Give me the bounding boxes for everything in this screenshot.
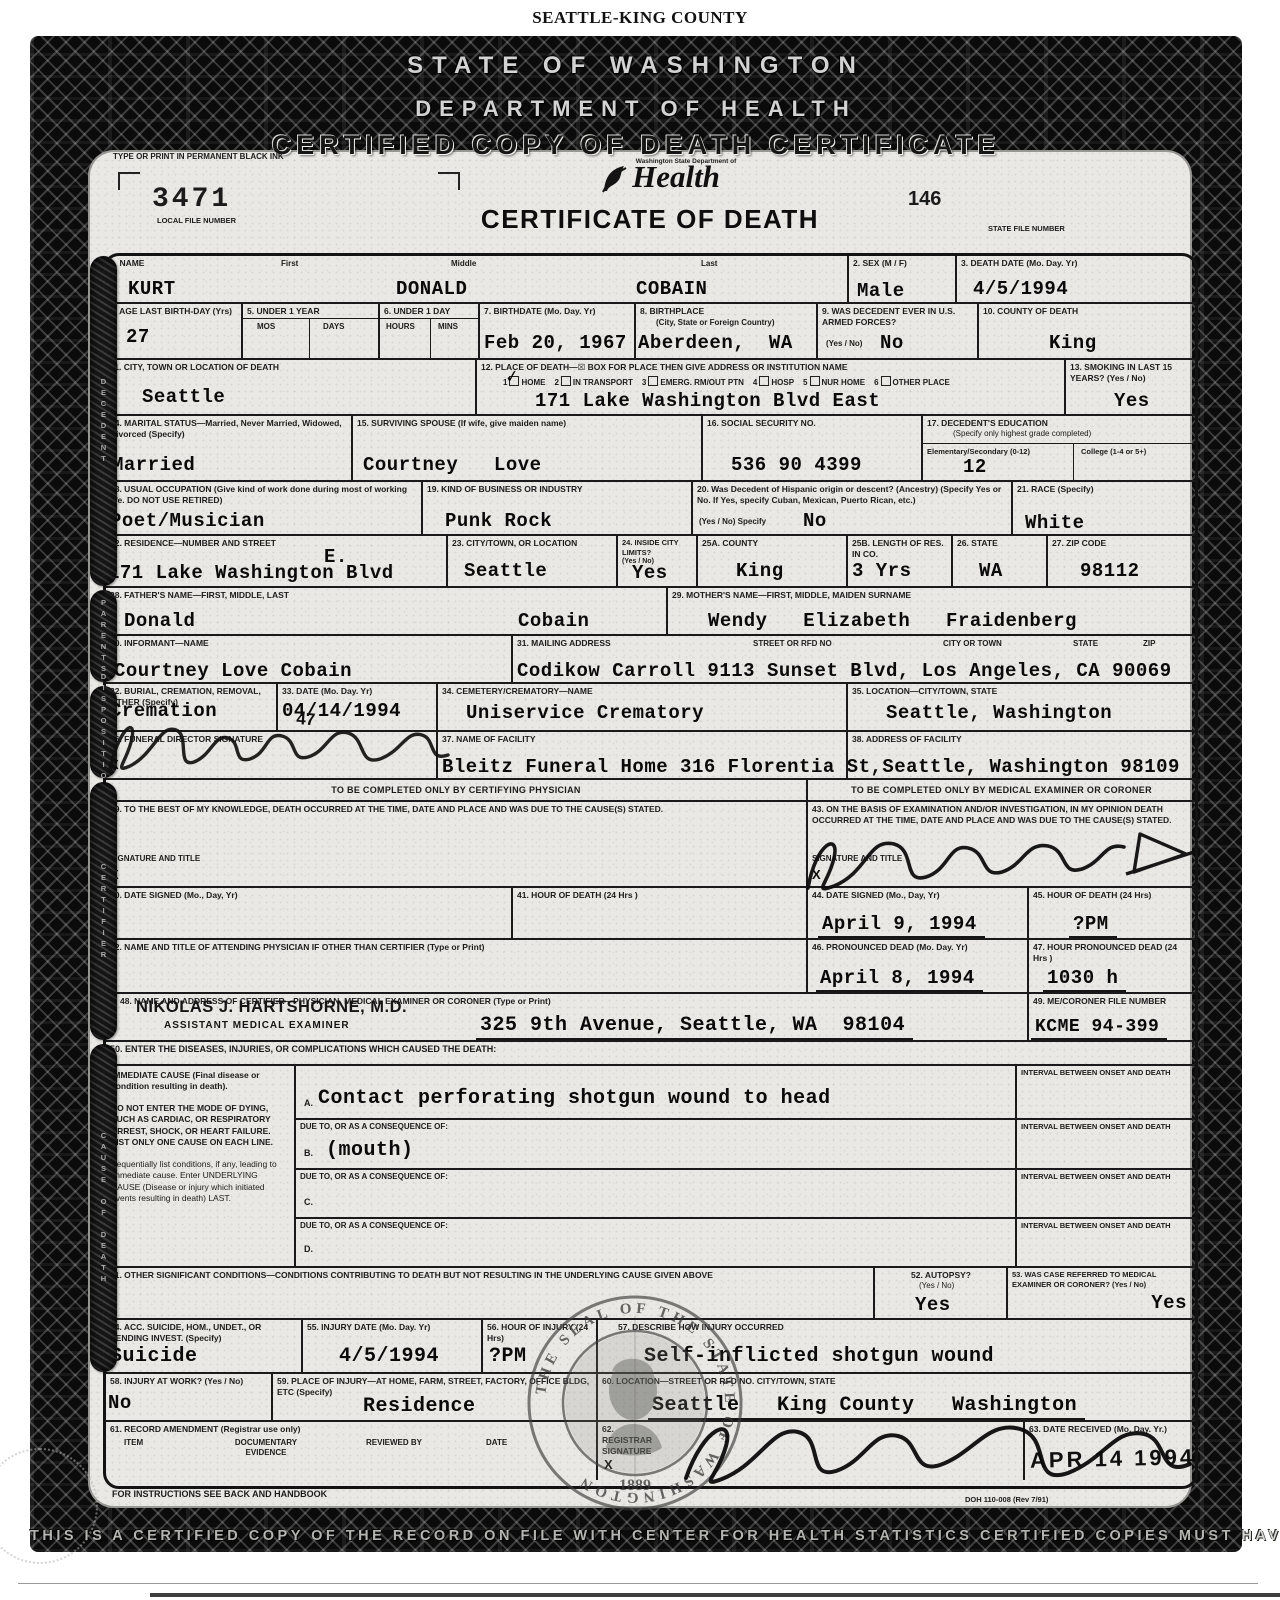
box-38-facility-address: 38. ADDRESS OF FACILITY xyxy=(846,732,1195,778)
box-50-cause-header: 50. ENTER THE DISEASES, INJURIES, OR COM… xyxy=(106,1042,1195,1064)
box-37-facility-name: 37. NAME OF FACILITY Bleitz Funeral Home… xyxy=(436,732,846,778)
box-51-other-conditions: 51. OTHER SIGNIFICANT CONDITIONS—CONDITI… xyxy=(106,1268,873,1318)
father-first-name: Donald xyxy=(124,610,195,632)
me-file-number-value: KCME 94-399 xyxy=(1031,1017,1167,1040)
option-other-place: 6OTHER PLACE xyxy=(874,376,950,387)
medical-examiner-header: TO BE COMPLETED ONLY BY MEDICAL EXAMINER… xyxy=(806,780,1195,800)
option-home: 1HOME✓ xyxy=(503,376,545,387)
surviving-spouse-value: Courtney Love xyxy=(363,454,542,476)
box-4-age: 4. AGE LAST BIRTH-DAY (Yrs) 27 xyxy=(106,304,241,358)
checkbox-hosp xyxy=(759,376,769,386)
box-40-date-signed: 40. DATE SIGNED (Mo., Day, Yr) xyxy=(106,888,511,938)
death-date-value: 4/5/1994 xyxy=(973,278,1068,300)
referred-to-me-value: Yes xyxy=(1151,1292,1187,1314)
residence-city-value: Seattle xyxy=(464,560,547,582)
box-19-industry: 19. KIND OF BUSINESS OR INDUSTRY Punk Ro… xyxy=(421,482,691,534)
box-31-mailing-address: 31. MAILING ADDRESS STREET OR RFD NO CIT… xyxy=(511,636,1195,682)
cause-b-value: (mouth) xyxy=(326,1139,414,1162)
certificate-title: CERTIFICATE OF DEATH xyxy=(420,204,880,235)
race-value: White xyxy=(1025,512,1085,534)
box-22-residence-street: 22. RESIDENCE—NUMBER AND STREET E. 171 L… xyxy=(106,536,446,586)
education-elementary-value: 12 xyxy=(963,456,987,478)
armed-forces-value: No xyxy=(880,332,904,354)
box-7-birthdate: 7. BIRTHDATE (Mo. Day. Yr) Feb 20, 1967 xyxy=(478,304,634,358)
county-header: SEATTLE-KING COUNTY xyxy=(0,8,1280,28)
corner-bracket-right xyxy=(438,172,460,190)
form-row-5: 18. USUAL OCCUPATION (Give kind of work … xyxy=(106,480,1195,534)
box-20-hispanic-origin: 20. Was Decedent of Hispanic origin or d… xyxy=(691,482,1011,534)
funeral-director-signature: 47 xyxy=(100,708,470,784)
form-row-15: 50. ENTER THE DISEASES, INJURIES, OR COM… xyxy=(106,1040,1195,1064)
checkbox-emerg xyxy=(648,376,658,386)
crematory-value: Uniservice Crematory xyxy=(466,702,704,724)
option-nur-home: 5NUR HOME xyxy=(803,376,865,387)
state-file-number: 146 xyxy=(908,188,941,211)
box-55-injury-date: 55. INJURY DATE (Mo. Day. Yr) 4/5/1994 xyxy=(301,1320,481,1372)
injury-date-value: 4/5/1994 xyxy=(339,1345,439,1368)
box-21-race: 21. RACE (Specify) White xyxy=(1011,482,1195,534)
birthdate-value: Feb 20, 1967 xyxy=(484,332,627,354)
sex-value: Male xyxy=(857,280,905,302)
cause-line-c: DUE TO, OR AS A CONSEQUENCE OF: C. xyxy=(296,1168,1015,1217)
death-certificate-scan: SEATTLE-KING COUNTY STATE OF WASHINGTON … xyxy=(0,0,1280,1600)
box-9-armed-forces: 9. WAS DECEDENT EVER IN U.S. ARMED FORCE… xyxy=(816,304,977,358)
box-28-father-name: 28. FATHER'S NAME—FIRST, MIDDLE, LAST Do… xyxy=(106,588,666,634)
corner-bracket-left xyxy=(118,172,140,190)
scan-edge-line xyxy=(18,1583,1258,1584)
form-row-14: 48. NAME AND ADDRESS OF CERTIFIER—PHYSIC… xyxy=(106,992,1195,1040)
section-bar-parents: PARENTS xyxy=(90,590,117,682)
box-3-death-date: 3. DEATH DATE (Mo. Day. Yr) 4/5/1994 xyxy=(955,256,1195,302)
form-row-7: 28. FATHER'S NAME—FIRST, MIDDLE, LAST Do… xyxy=(106,586,1195,634)
place-of-death-address: 171 Lake Washington Blvd East xyxy=(535,390,880,412)
form-row-13: 42. NAME AND TITLE OF ATTENDING PHYSICIA… xyxy=(106,938,1195,992)
box-5-under-1-year: 5. UNDER 1 YEAR MOS DAYS xyxy=(241,304,378,358)
hispanic-origin-value: No xyxy=(803,510,827,532)
form-row-6: 22. RESIDENCE—NUMBER AND STREET E. 171 L… xyxy=(106,534,1195,586)
manner-of-death-value: Suicide xyxy=(110,1345,198,1368)
decedent-middle-name: DONALD xyxy=(396,278,467,300)
birthplace-value: Aberdeen, WA xyxy=(638,332,793,354)
injury-at-work-value: No xyxy=(108,1392,132,1414)
form-row-2: 4. AGE LAST BIRTH-DAY (Yrs) 27 5. UNDER … xyxy=(106,302,1195,358)
hour-pronounced-dead-value: 1030 h xyxy=(1043,967,1126,992)
interval-column: INTERVAL BETWEEN ONSET AND DEATH INTERVA… xyxy=(1015,1066,1195,1266)
marital-status-value: Married xyxy=(112,454,195,476)
box-12-place-of-death: 12. PLACE OF DEATH—☒ BOX FOR PLACE THEN … xyxy=(475,360,1064,414)
cause-instructions: IMMEDIATE CAUSE (Final disease or condit… xyxy=(106,1066,296,1266)
box-14-marital-status: 14. MARITAL STATUS—Married, Never Marrie… xyxy=(106,416,351,480)
mailing-address-value: Codikow Carroll 9113 Sunset Blvd, Los An… xyxy=(517,660,1172,682)
zip-value: 98112 xyxy=(1080,560,1140,582)
border-text-state: STATE OF WASHINGTON xyxy=(30,52,1242,80)
place-of-injury-value: Residence xyxy=(363,1395,476,1418)
box-53-referred-to-me: 53. WAS CASE REFERRED TO MEDICAL EXAMINE… xyxy=(1006,1268,1195,1318)
ink-instruction: TYPE OR PRINT IN PERMANENT BLACK INK xyxy=(113,152,284,161)
inside-city-limits-value: Yes xyxy=(632,562,668,584)
box-13-smoking: 13. SMOKING IN LAST 15 YEARS? (Yes / No)… xyxy=(1064,360,1195,414)
cause-line-b: DUE TO, OR AS A CONSEQUENCE OF: B. (mout… xyxy=(296,1118,1015,1168)
border-bottom-text: THIS IS A CERTIFIED COPY OF THE RECORD O… xyxy=(30,1528,1242,1544)
occupation-value: Poet/Musician xyxy=(110,510,265,532)
residence-street-value: 171 Lake Washington Blvd xyxy=(108,562,394,584)
box-47-hour-pronounced-dead: 47. HOUR PRONOUNCED DEAD (24 Hrs ) 1030 … xyxy=(1027,940,1195,992)
decedent-last-name: COBAIN xyxy=(636,278,707,300)
box-24-inside-city-limits: 24. INSIDE CITY LIMITS? (Yes / No) Yes xyxy=(616,536,696,586)
box-23-residence-city: 23. CITY/TOWN, OR LOCATION Seattle xyxy=(446,536,616,586)
box-26-state: 26. STATE WA xyxy=(951,536,1046,586)
me-hour-of-death-value: ?PM xyxy=(1069,913,1117,938)
box-52-autopsy: 52. AUTOPSY? (Yes / No) Yes xyxy=(873,1268,1006,1318)
box-25a-county: 25A. COUNTY King xyxy=(696,536,846,586)
father-last-name: Cobain xyxy=(518,610,589,632)
box-30-informant: 30. INFORMANT—NAME Courtney Love Cobain xyxy=(106,636,511,682)
county-of-death-value: King xyxy=(1049,332,1097,354)
box-11-city-of-death: 11. CITY, TOWN OR LOCATION OF DEATH Seat… xyxy=(106,360,475,414)
box-29-mother-name: 29. MOTHER'S NAME—FIRST, MIDDLE, MAIDEN … xyxy=(666,588,1195,634)
footer-instructions: FOR INSTRUCTIONS SEE BACK AND HANDBOOK xyxy=(112,1489,327,1499)
box-41-hour-of-death: 41. HOUR OF DEATH (24 Hrs ) xyxy=(511,888,806,938)
form-row-4: 14. MARITAL STATUS—Married, Never Marrie… xyxy=(106,414,1195,480)
box-46-pronounced-dead: 46. PRONOUNCED DEAD (Mo. Day. Yr) April … xyxy=(806,940,1027,992)
box-17-education: 17. DECEDENT'S EDUCATION (Specify only h… xyxy=(921,416,1195,480)
industry-value: Punk Rock xyxy=(445,510,552,532)
box-27-zip: 27. ZIP CODE 98112 xyxy=(1046,536,1195,586)
residence-county-value: King xyxy=(736,560,784,582)
doh-logo-small-text: Washington State Department of xyxy=(546,158,826,165)
ssn-value: 536 90 4399 xyxy=(731,454,862,476)
box-49-me-file-number: 49. ME/CORONER FILE NUMBER KCME 94-399 xyxy=(1027,994,1195,1040)
medical-examiner-signature xyxy=(796,822,1202,906)
box-10-county-of-death: 10. COUNTY OF DEATH King xyxy=(977,304,1195,358)
box-1-name: 1. NAME First Middle Last KURT DONALD CO… xyxy=(106,256,847,302)
smoking-value: Yes xyxy=(1114,390,1150,412)
doh-logo: Washington State Department of Health xyxy=(520,156,800,194)
disposition-location-value: Seattle, Washington xyxy=(886,702,1112,724)
option-emerg: 3EMERG. RM/OUT PTN xyxy=(642,376,744,387)
option-in-transport: 2IN TRANSPORT xyxy=(554,376,632,387)
box-8-birthplace: 8. BIRTHPLACE (City, State or Foreign Co… xyxy=(634,304,816,358)
local-file-number: 3471 xyxy=(152,184,231,215)
registrar-signature xyxy=(672,1404,1220,1504)
age-value: 27 xyxy=(126,326,150,348)
cause-lines: A. Contact perforating shotgun wound to … xyxy=(296,1066,1015,1266)
local-file-number-label: LOCAL FILE NUMBER xyxy=(157,216,236,225)
box-48-certifier-name-address: 48. NAME AND ADDRESS OF CERTIFIER—PHYSIC… xyxy=(106,994,1027,1040)
cause-of-death-block: IMMEDIATE CAUSE (Final disease or condit… xyxy=(106,1064,1195,1266)
box-18-occupation: 18. USUAL OCCUPATION (Give kind of work … xyxy=(106,482,421,534)
certifier-address-value: 325 9th Avenue, Seattle, WA 98104 xyxy=(476,1014,913,1040)
form-row-1: 1. NAME First Middle Last KURT DONALD CO… xyxy=(106,256,1195,302)
box-58-injury-at-work: 58. INJURY AT WORK? (Yes / No) No xyxy=(106,1374,271,1420)
box-2-sex: 2. SEX (M / F) Male xyxy=(847,256,955,302)
box-34-crematory: 34. CEMETERY/CREMATORY—NAME Uniservice C… xyxy=(436,684,846,730)
svg-text:47: 47 xyxy=(296,709,316,729)
me-date-signed-value: April 9, 1994 xyxy=(818,913,985,938)
state-file-number-label: STATE FILE NUMBER xyxy=(988,224,1065,233)
box-16-ssn: 16. SOCIAL SECURITY NO. 536 90 4399 xyxy=(701,416,921,480)
section-bar-decedent: DECEDENT xyxy=(90,256,117,586)
box-15-surviving-spouse: 15. SURVIVING SPOUSE (If wife, give maid… xyxy=(351,416,701,480)
place-of-death-options: 1HOME✓ 2IN TRANSPORT 3EMERG. RM/OUT PTN … xyxy=(503,376,1060,387)
cause-line-d: DUE TO, OR AS A CONSEQUENCE OF: D. xyxy=(296,1217,1015,1264)
certifier-stamp-name: NIKOLAS J. HARTSHORNE, M.D. xyxy=(136,998,407,1017)
box-35-disposition-location: 35. LOCATION—CITY/TOWN, STATE Seattle, W… xyxy=(846,684,1195,730)
form-row-8: 30. INFORMANT—NAME Courtney Love Cobain … xyxy=(106,634,1195,682)
checkbox-other-place xyxy=(881,376,891,386)
box-25b-length-of-residence: 25B. LENGTH OF RES. IN CO. 3 Yrs xyxy=(846,536,951,586)
box-42-attending-physician: 42. NAME AND TITLE OF ATTENDING PHYSICIA… xyxy=(106,940,806,992)
border-text-department: DEPARTMENT OF HEALTH xyxy=(30,96,1242,122)
checkbox-nur-home xyxy=(810,376,820,386)
leaf-icon xyxy=(600,164,630,194)
city-of-death-value: Seattle xyxy=(142,386,225,408)
residence-state-value: WA xyxy=(979,560,1003,582)
cause-a-value: Contact perforating shotgun wound to hea… xyxy=(318,1087,831,1110)
option-hosp: 4HOSP xyxy=(753,376,794,387)
box-6-under-1-day: 6. UNDER 1 DAY HOURS MINS xyxy=(378,304,478,358)
form-row-3: 11. CITY, TOWN OR LOCATION OF DEATH Seat… xyxy=(106,358,1195,414)
checkbox-in-transport xyxy=(561,376,571,386)
section-bar-certifier: CERTIFIER xyxy=(90,782,117,1040)
box-54-manner-of-death: 54. ACC. SUICIDE, HOM., UNDET., OR PENDI… xyxy=(106,1320,301,1372)
decedent-first-name: KURT xyxy=(128,278,176,300)
pronounced-dead-value: April 8, 1994 xyxy=(816,967,983,992)
cause-line-a: A. Contact perforating shotgun wound to … xyxy=(296,1066,1015,1118)
autopsy-value: Yes xyxy=(915,1294,951,1316)
length-of-residence-value: 3 Yrs xyxy=(852,560,912,582)
checkmark-icon: ✓ xyxy=(504,366,521,388)
informant-value: Courtney Love Cobain xyxy=(114,660,352,682)
section-bar-cause-of-death: CAUSE OF DEATH xyxy=(90,1044,117,1372)
certifier-stamp-title: ASSISTANT MEDICAL EXAMINER xyxy=(164,1020,350,1031)
doh-logo-wordmark: Health xyxy=(520,163,800,194)
mother-name-value: Wendy Elizabeth Fraidenberg xyxy=(708,610,1077,632)
box-39-physician-certification: 39. TO THE BEST OF MY KNOWLEDGE, DEATH O… xyxy=(106,802,806,886)
scan-edge-bar xyxy=(150,1593,1280,1597)
